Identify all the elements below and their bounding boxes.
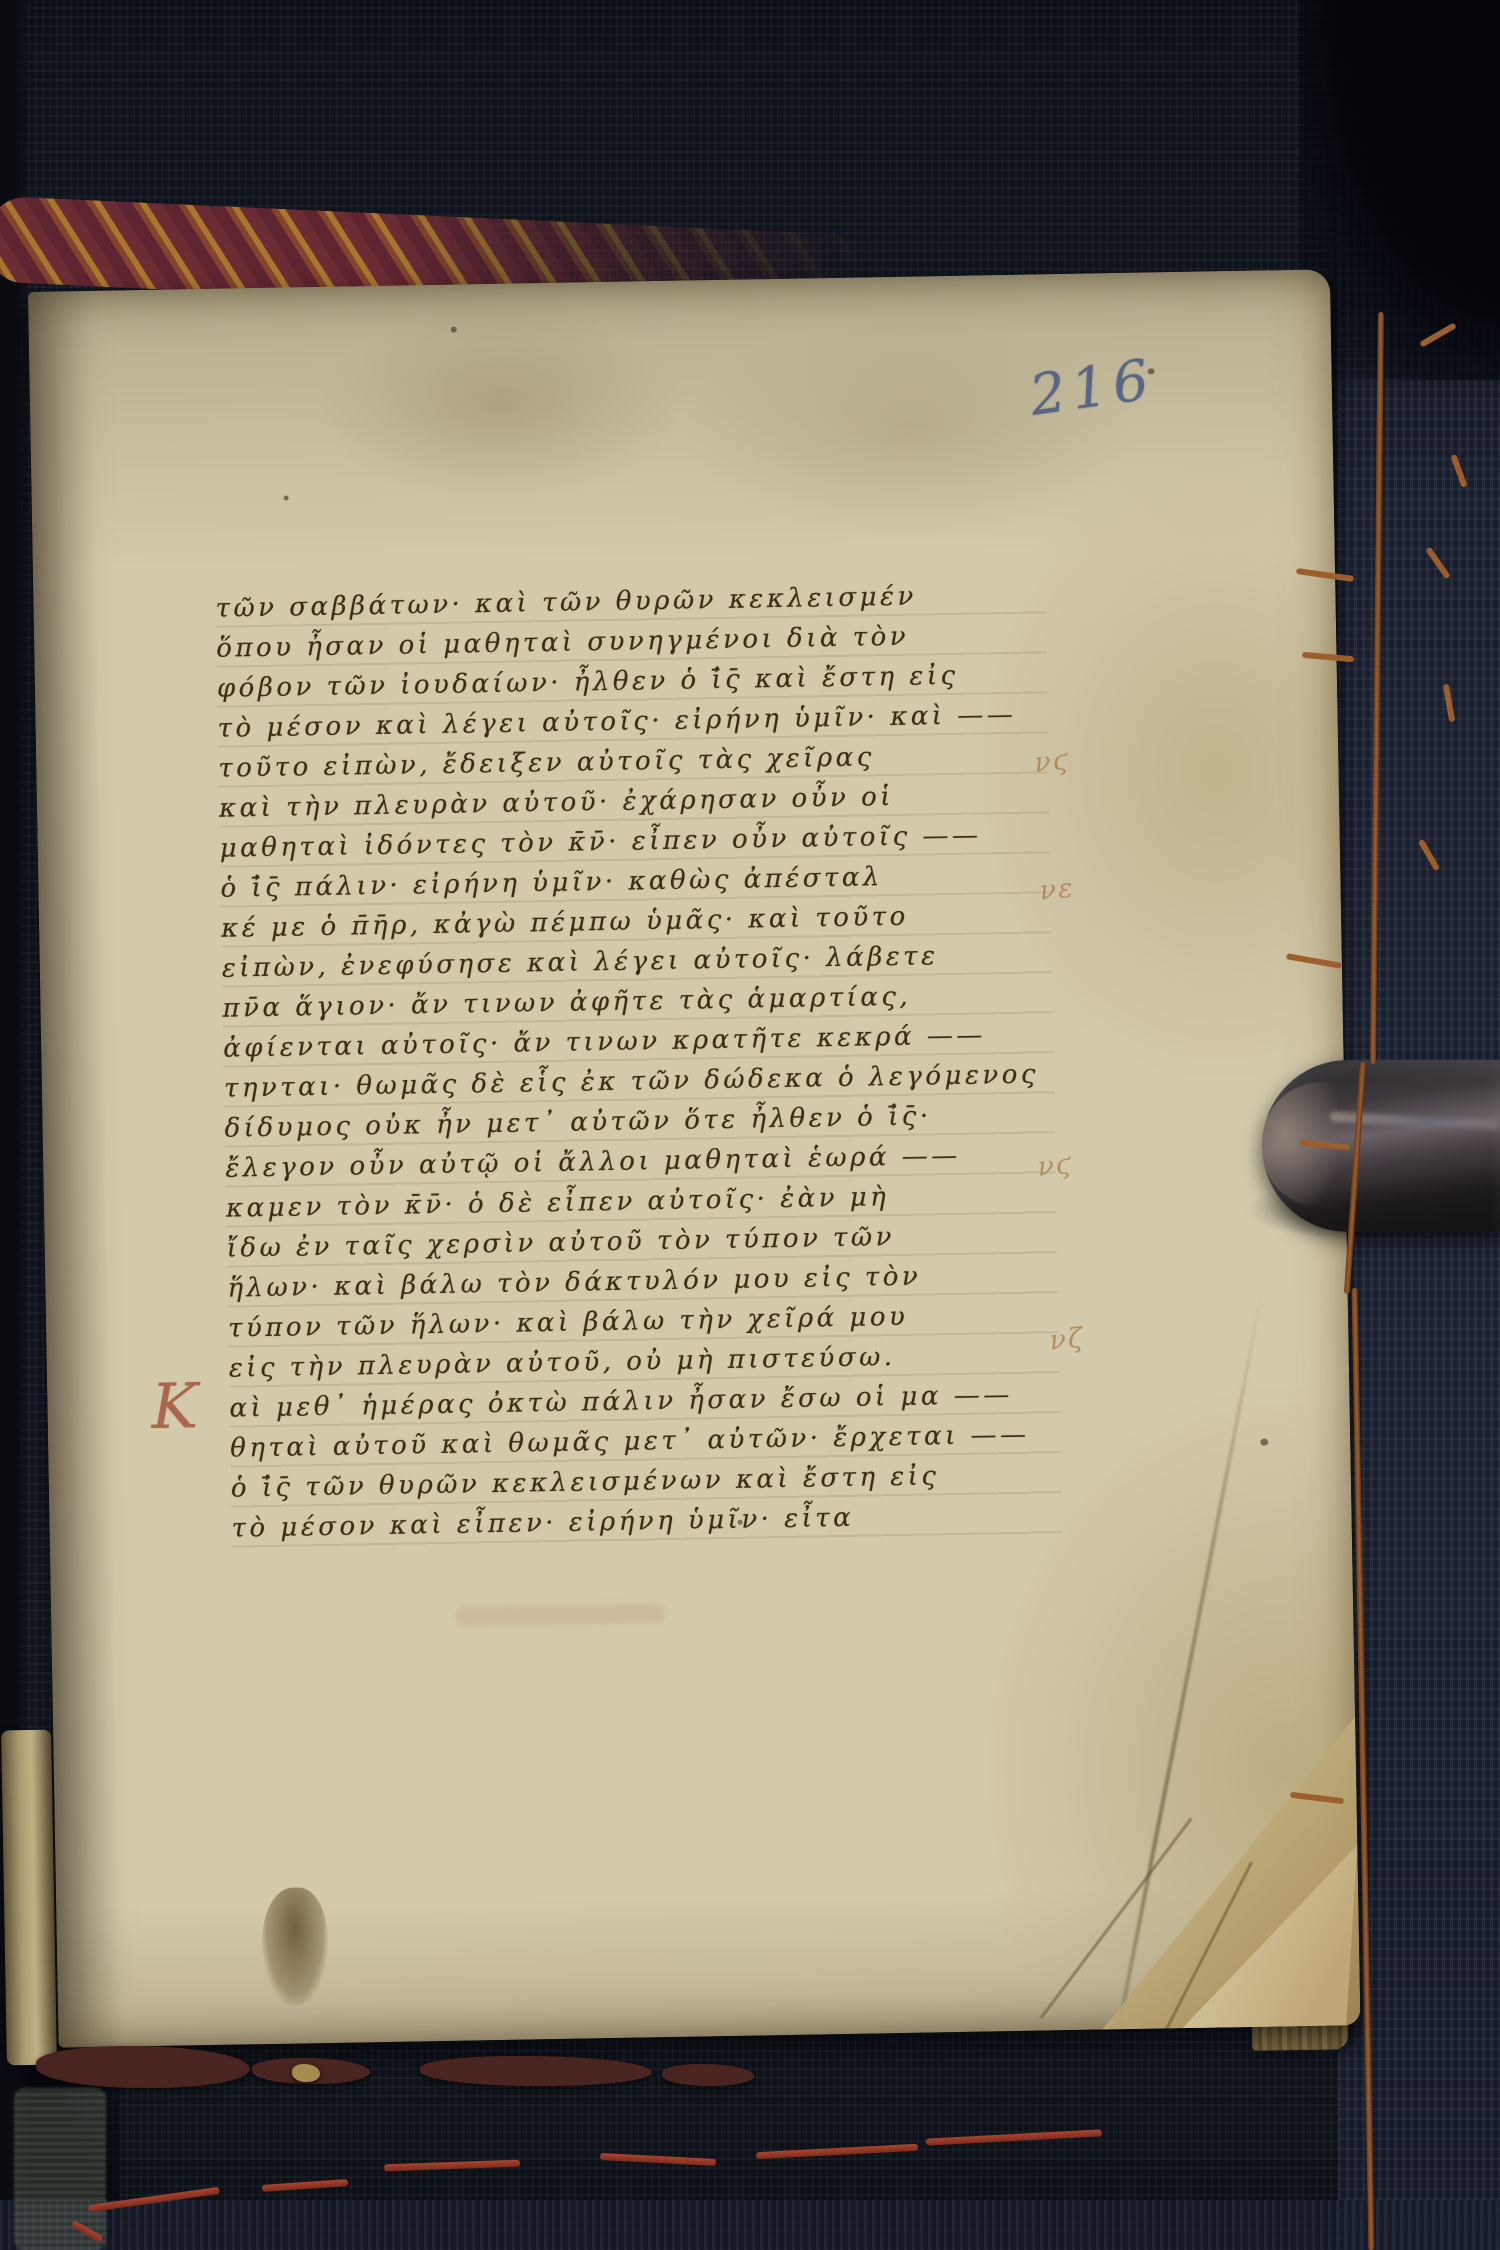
leather-remnant [662,2064,754,2086]
margin-note: νϛ [1033,745,1071,779]
speck [738,1520,743,1525]
speck [451,327,457,333]
manuscript-photo: { "colors": { "cloth_navy": "#161b28", "… [0,0,1500,2250]
rubricated-initial: Κ [151,1375,198,1438]
text-block: τῶν σαββάτων· καὶ τῶν θυρῶν κεκλεισμέν ὅ… [215,574,1062,1548]
stain [261,1887,329,2006]
leather-remnant [292,2064,320,2082]
leather-remnant [420,2056,652,2086]
cover-bottom-hem [0,2200,1500,2250]
speck [1148,368,1155,374]
faded-rubric-trace [455,1603,665,1627]
margin-note: νζ [1048,1323,1086,1357]
leather-remnant [36,2046,250,2088]
parchment-surface: 216 τῶν σαββάτων· καὶ τῶν θυρῶν κεκλεισμ… [28,269,1360,2047]
margin-note: νε [1038,873,1075,907]
margin-note: νϛ [1036,1149,1074,1183]
speck [1260,1439,1268,1446]
worn-cloth-patch [14,2088,106,2250]
gutter-leaf-fold [1,1730,57,2066]
speck [284,495,289,500]
page-number: 216 [1026,347,1159,429]
parchment-page: 216 τῶν σαββάτων· καὶ τῶν θυρῶν κεκλεισμ… [28,269,1360,2047]
